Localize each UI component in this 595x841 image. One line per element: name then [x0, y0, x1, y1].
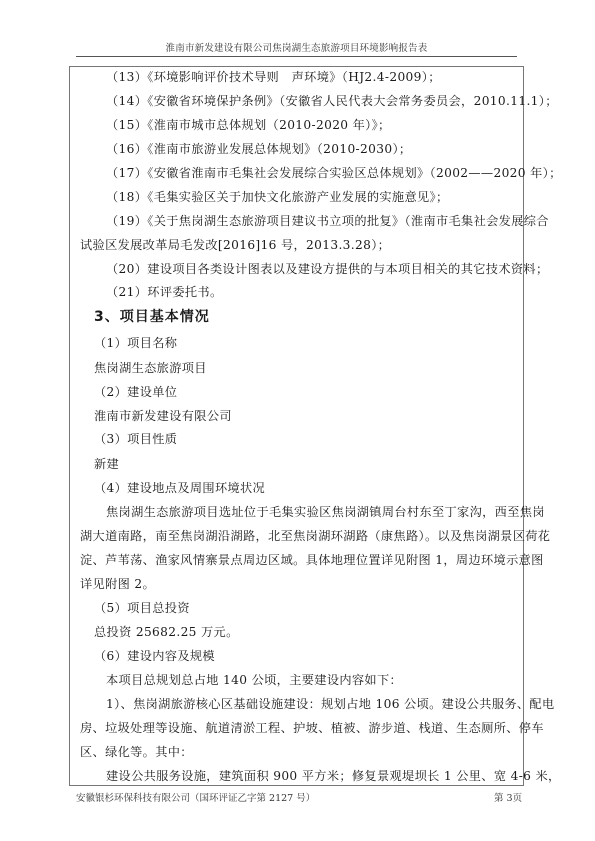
scope-item1-line-3: 区、绿化等。其中：: [80, 745, 193, 759]
reference-13: （13）《环境影响评价技术导则 声环境》（HJ2.4-2009）；: [106, 70, 441, 84]
reference-19-continued: 试验区发展改革局毛发改[2016]16 号，2013.3.28）；: [80, 238, 390, 252]
footer-company: 安徽银杉环保科技有限公司（国环评证乙字第 2127 号）: [76, 790, 315, 804]
reference-18: （18）《毛集实验区关于加快文化旅游产业发展的实施意见》；: [106, 190, 449, 204]
reference-16: （16）《淮南市旅游业发展总体规划》（2010-2030）；: [106, 142, 411, 156]
page-header-title: 淮南市新发建设有限公司焦岗湖生态旅游项目环境影响报告表: [76, 40, 517, 54]
item-project-name-value: 焦岗湖生态旅游项目: [94, 361, 207, 375]
item-nature-value: 新建: [94, 457, 119, 471]
header-rule: [76, 56, 517, 57]
scope-label: （6）建设内容及规模: [94, 649, 215, 663]
reference-14: （14）《安徽省环境保护条例》（安徽省人民代表大会常务委员会，2010.11.1…: [106, 94, 558, 108]
location-paragraph-line-3: 淀、芦苇荡、渔家风情寨景点周边区域。具体地理位置详见附图 1，周边环境示意图: [80, 553, 544, 567]
reference-21: （21）环评委托书。: [106, 285, 223, 299]
investment-value: 总投资 25682.25 万元。: [94, 625, 239, 639]
section-heading: 3、项目基本情况: [94, 310, 210, 324]
location-paragraph-line-2: 湖大道南路，南至焦岗湖沿湖路，北至焦岗湖环湖路（康焦路）。以及焦岗湖景区荷花: [80, 529, 550, 543]
reference-20: （20）建设项目各类设计图表以及建设方提供的与本项目相关的其它技术资料；: [106, 262, 548, 276]
location-paragraph-line-4: 详见附图 2。: [80, 577, 155, 591]
item-builder-value: 淮南市新发建设有限公司: [94, 409, 232, 423]
scope-intro: 本项目总规划总占地 140 公顷，主要建设内容如下：: [106, 673, 402, 687]
location-paragraph-line-1: 焦岗湖生态旅游项目选址位于毛集实验区焦岗湖镇周台村东至丁家沟，西至焦岗: [106, 505, 545, 519]
scope-detail-line: 建设公共服务设施，建筑面积 900 平方米；修复景观堤坝长 1 公里、宽 4-6…: [106, 769, 561, 783]
item-project-name-label: （1）项目名称: [94, 336, 177, 350]
footer-page-number: 第 3页: [494, 790, 522, 804]
reference-15: （15）《淮南市城市总体规划（2010-2020 年）》；: [106, 118, 391, 132]
item-nature-label: （3）项目性质: [94, 432, 177, 446]
scope-item1-line-1: 1）、焦岗湖旅游核心区基础设施建设：规划占地 106 公顷。建设公共服务、配电: [106, 697, 555, 711]
item-location-label: （4）建设地点及周围环境状况: [94, 481, 265, 495]
investment-label: （5）项目总投资: [94, 601, 190, 615]
reference-17: （17）《安徽省淮南市毛集社会发展综合实验区总体规划》（2002——2020 年…: [106, 166, 562, 180]
scope-item1-line-2: 房、垃圾处理等设施、航道清淤工程、护坡、植被、游步道、栈道、生态厕所、停车: [80, 721, 544, 735]
content-box: （13）《环境影响评价技术导则 声环境》（HJ2.4-2009）； （14）《安…: [69, 66, 524, 786]
item-builder-label: （2）建设单位: [94, 385, 177, 399]
reference-19: （19）《关于焦岗湖生态旅游项目建议书立项的批复》（淮南市毛集社会发展综合: [106, 214, 549, 228]
